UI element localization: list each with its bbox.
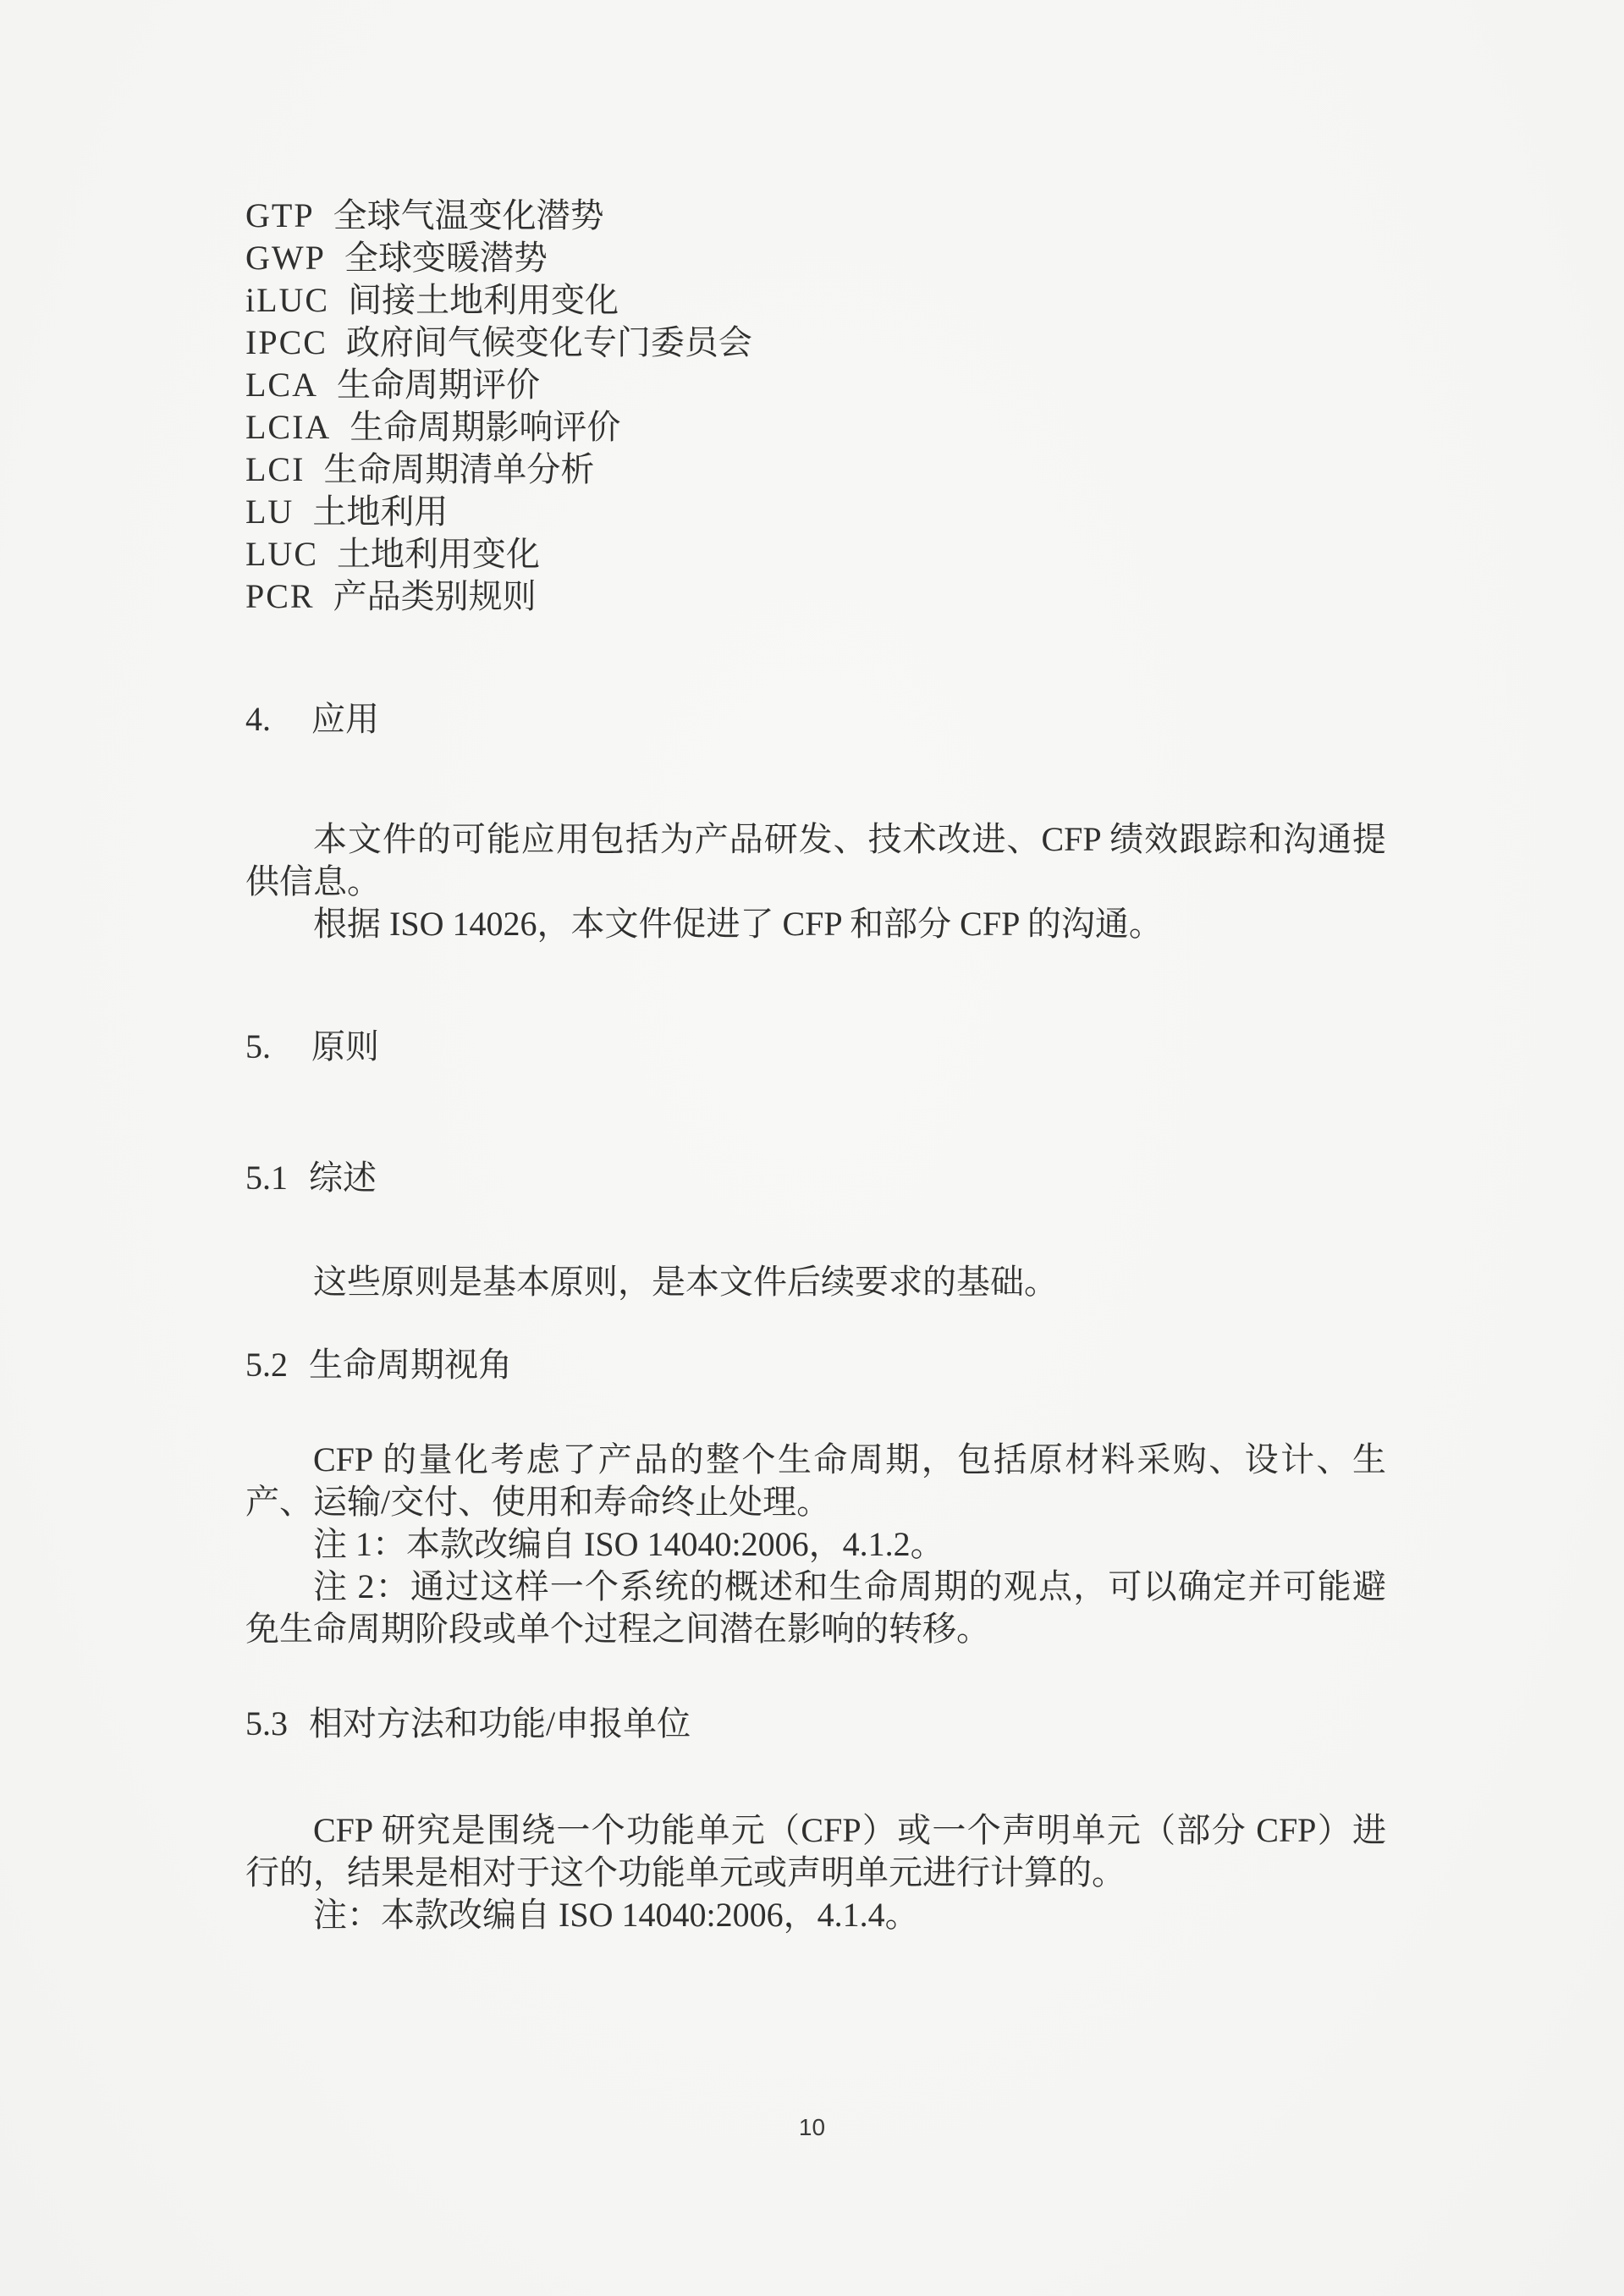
section-number: 5.2 — [245, 1344, 288, 1386]
abbreviation-term: 生命周期影响评价 — [350, 408, 620, 446]
section-5-2-body: CFP 的量化考虑了产品的整个生命周期，包括原材料采购、设计、生产、运输/交付、… — [245, 1439, 1386, 1650]
page-number: 10 — [0, 2112, 1624, 2143]
abbreviation-term: 间接土地利用变化 — [348, 281, 619, 319]
section-number: 5. — [245, 1026, 271, 1068]
section-title: 相对方法和功能/申报单位 — [309, 1704, 691, 1743]
note-paragraph: 注 1：本款改编自 ISO 14040:2006，4.1.2。 — [245, 1523, 1386, 1566]
section-number: 5.1 — [245, 1157, 288, 1199]
abbreviation-code: LCA — [245, 364, 318, 406]
section-heading-4: 4.应用 — [245, 698, 1386, 741]
abbreviation-term: 土地利用 — [312, 493, 448, 531]
abbreviation-item: LCA生命周期评价 — [245, 364, 1386, 406]
note-paragraph: 注：本款改编自 ISO 14040:2006，4.1.4。 — [245, 1894, 1386, 1936]
section-4-body: 本文件的可能应用包括为产品研发、技术改进、CFP 绩效跟踪和沟通提供信息。 根据… — [245, 818, 1386, 945]
paragraph: 本文件的可能应用包括为产品研发、技术改进、CFP 绩效跟踪和沟通提供信息。 — [245, 818, 1386, 903]
abbreviation-item: PCR产品类别规则 — [245, 575, 1386, 618]
abbreviation-code: LCI — [245, 449, 305, 491]
section-title: 应用 — [311, 700, 379, 738]
abbreviation-code: GTP — [245, 195, 315, 237]
abbreviation-code: LUC — [245, 533, 318, 575]
abbreviation-code: PCR — [245, 575, 315, 618]
section-heading-5-2: 5.2生命周期视角 — [245, 1344, 1386, 1386]
section-number: 4. — [245, 698, 271, 741]
section-title: 综述 — [309, 1159, 377, 1197]
abbreviation-item: GWP全球变暖潜势 — [245, 237, 1386, 279]
section-5-3-body: CFP 研究是围绕一个功能单元（CFP）或一个声明单元（部分 CFP）进行的，结… — [245, 1809, 1386, 1936]
document-page: GTP全球气温变化潜势 GWP全球变暖潜势 iLUC间接土地利用变化 IPCC政… — [0, 0, 1624, 2296]
abbreviation-term: 土地利用变化 — [337, 535, 540, 573]
section-title: 原则 — [311, 1027, 379, 1065]
document-content: GTP全球气温变化潜势 GWP全球变暖潜势 iLUC间接土地利用变化 IPCC政… — [245, 195, 1386, 1936]
section-number: 5.3 — [245, 1703, 288, 1745]
abbreviation-term: 政府间气候变化专门委员会 — [346, 323, 752, 361]
abbreviation-item: LCI生命周期清单分析 — [245, 449, 1386, 491]
abbreviation-code: iLUC — [245, 279, 329, 322]
paragraph: CFP 的量化考虑了产品的整个生命周期，包括原材料采购、设计、生产、运输/交付、… — [245, 1439, 1386, 1523]
paragraph: 这些原则是基本原则，是本文件后续要求的基础。 — [245, 1261, 1386, 1303]
abbreviation-term: 产品类别规则 — [333, 577, 537, 615]
section-title: 生命周期视角 — [309, 1346, 512, 1384]
abbreviation-term: 全球变暖潜势 — [344, 239, 548, 277]
abbreviation-code: LCIA — [245, 406, 331, 449]
section-heading-5-3: 5.3相对方法和功能/申报单位 — [245, 1703, 1386, 1745]
abbreviation-item: LU土地利用 — [245, 491, 1386, 533]
abbreviation-item: IPCC政府间气候变化专门委员会 — [245, 322, 1386, 364]
section-heading-5: 5.原则 — [245, 1026, 1386, 1068]
abbreviation-item: iLUC间接土地利用变化 — [245, 279, 1386, 322]
abbreviation-item: LUC土地利用变化 — [245, 533, 1386, 575]
abbreviation-item: LCIA生命周期影响评价 — [245, 406, 1386, 449]
abbreviation-term: 生命周期评价 — [337, 366, 540, 404]
abbreviation-item: GTP全球气温变化潜势 — [245, 195, 1386, 237]
section-5-1-body: 这些原则是基本原则，是本文件后续要求的基础。 — [245, 1261, 1386, 1303]
paragraph: 根据 ISO 14026，本文件促进了 CFP 和部分 CFP 的沟通。 — [245, 903, 1386, 945]
abbreviation-list: GTP全球气温变化潜势 GWP全球变暖潜势 iLUC间接土地利用变化 IPCC政… — [245, 195, 1386, 618]
abbreviation-code: LU — [245, 491, 294, 533]
paragraph: CFP 研究是围绕一个功能单元（CFP）或一个声明单元（部分 CFP）进行的，结… — [245, 1809, 1386, 1894]
note-paragraph: 注 2：通过这样一个系统的概述和生命周期的观点，可以确定并可能避免生命周期阶段或… — [245, 1566, 1386, 1650]
abbreviation-term: 全球气温变化潜势 — [333, 196, 604, 234]
section-heading-5-1: 5.1综述 — [245, 1157, 1386, 1199]
abbreviation-code: IPCC — [245, 322, 328, 364]
abbreviation-term: 生命周期清单分析 — [323, 450, 594, 488]
abbreviation-code: GWP — [245, 237, 326, 279]
